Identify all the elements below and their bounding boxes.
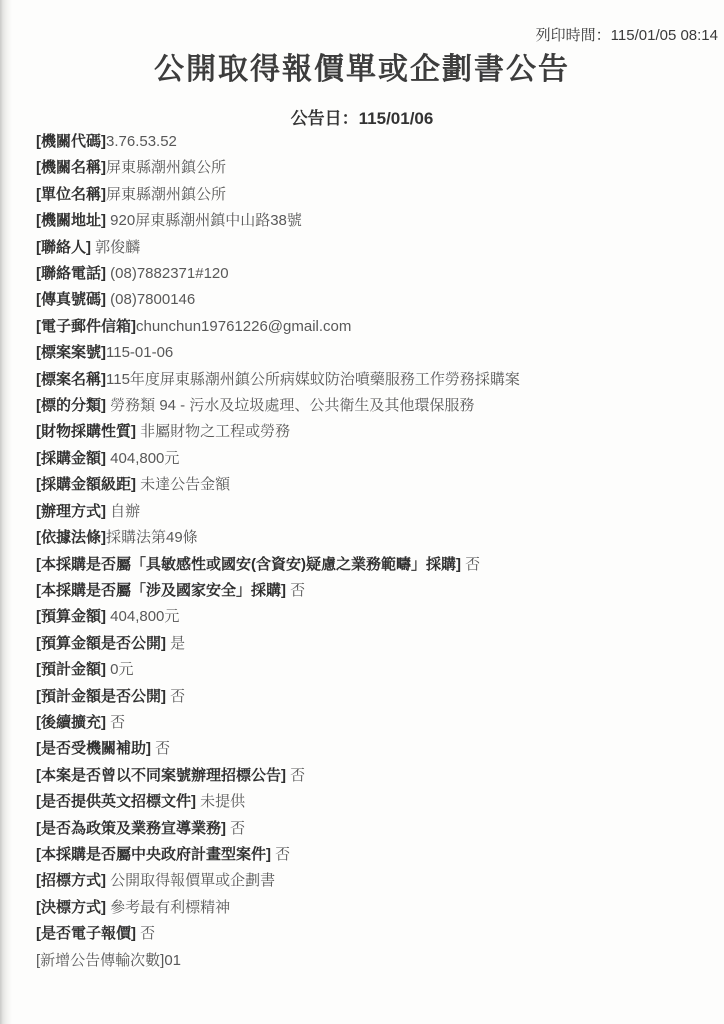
field-value: 屏東縣潮州鎮公所 xyxy=(106,159,226,176)
field-value: 01 xyxy=(164,952,181,969)
field-value: 郭俊麟 xyxy=(91,239,140,256)
field-list: [機關代碼]3.76.53.52[機關名稱]屏東縣潮州鎮公所[單位名稱]屏東縣潮… xyxy=(36,129,702,974)
field-label: [是否電子報價] xyxy=(36,925,136,942)
announce-date: 公告日：115/01/06 xyxy=(0,104,724,129)
field-label: [預算金額] xyxy=(36,608,106,625)
field-value: 未達公告金額 xyxy=(136,476,230,493)
field-value: 否 xyxy=(226,820,245,837)
field-row: [傳真號碼] (08)7800146 xyxy=(36,287,702,313)
field-value: 採購法第49條 xyxy=(106,529,198,546)
field-value: 404,800元 xyxy=(106,608,179,625)
field-row: [是否受機關補助] 否 xyxy=(36,736,702,762)
field-value: 否 xyxy=(166,688,185,705)
field-row: [機關地址] 920屏東縣潮州鎮中山路38號 xyxy=(36,208,702,234)
field-row: [採購金額級距] 未達公告金額 xyxy=(36,472,702,498)
field-value: 否 xyxy=(286,767,305,784)
field-label: [招標方式] xyxy=(36,872,106,889)
field-label: [本採購是否屬「涉及國家安全」採購] xyxy=(36,582,286,599)
field-value: (08)7882371#120 xyxy=(106,265,229,282)
field-label: [本案是否曾以不同案號辦理招標公告] xyxy=(36,767,286,784)
field-value: 115-01-06 xyxy=(106,344,173,361)
field-row: [後續擴充] 否 xyxy=(36,710,702,736)
field-label: [後續擴充] xyxy=(36,714,106,731)
field-value: 參考最有利標精神 xyxy=(106,899,230,916)
field-row: [財物採購性質] 非屬財物之工程或勞務 xyxy=(36,419,702,445)
field-value: 否 xyxy=(461,556,480,573)
page-title: 公開取得報價單或企劃書公告 xyxy=(0,44,724,88)
field-row: [電子郵件信箱]chunchun19761226@gmail.com xyxy=(36,314,702,340)
field-value: 自辦 xyxy=(106,503,140,520)
print-time: 列印時間：115/01/05 08:14 xyxy=(536,24,718,45)
field-value: chunchun19761226@gmail.com xyxy=(136,318,351,335)
field-value: 否 xyxy=(106,714,125,731)
field-value: 115年度屏東縣潮州鎮公所病媒蚊防治噴藥服務工作勞務採購案 xyxy=(106,371,520,388)
field-value: 920屏東縣潮州鎮中山路38號 xyxy=(106,212,302,229)
field-value: 勞務類 94 - 污水及垃圾處理、公共衛生及其他環保服務 xyxy=(106,397,474,414)
field-row: [新增公告傳輸次數]01 xyxy=(36,948,702,974)
field-row: [是否電子報價] 否 xyxy=(36,921,702,947)
field-row: [辦理方式] 自辦 xyxy=(36,499,702,525)
field-label: [標案案號] xyxy=(36,344,106,361)
field-row: [標案名稱]115年度屏東縣潮州鎮公所病媒蚊防治噴藥服務工作勞務採購案 xyxy=(36,367,702,393)
field-label: [傳真號碼] xyxy=(36,291,106,308)
field-label: [標案名稱] xyxy=(36,371,106,388)
field-label: [聯絡電話] xyxy=(36,265,106,282)
field-label: [是否受機關補助] xyxy=(36,740,151,757)
field-value: 3.76.53.52 xyxy=(106,133,177,150)
field-row: [聯絡人] 郭俊麟 xyxy=(36,235,702,261)
field-row: [本採購是否屬中央政府計畫型案件] 否 xyxy=(36,842,702,868)
field-row: [預算金額] 404,800元 xyxy=(36,604,702,630)
field-label: [財物採購性質] xyxy=(36,423,136,440)
field-row: [預算金額是否公開] 是 xyxy=(36,631,702,657)
field-row: [預計金額是否公開] 否 xyxy=(36,684,702,710)
field-value: 屏東縣潮州鎮公所 xyxy=(106,186,226,203)
field-value: 0元 xyxy=(106,661,134,678)
field-label: [機關名稱] xyxy=(36,159,106,176)
field-value: 未提供 xyxy=(196,793,245,810)
field-row: [標案案號]115-01-06 xyxy=(36,340,702,366)
field-row: [決標方式] 參考最有利標精神 xyxy=(36,895,702,921)
field-row: [機關名稱]屏東縣潮州鎮公所 xyxy=(36,155,702,181)
field-label: [機關代碼] xyxy=(36,133,106,150)
field-row: [本採購是否屬「具敏感性或國安(含資安)疑慮之業務範疇」採購] 否 xyxy=(36,552,702,578)
field-label: [單位名稱] xyxy=(36,186,106,203)
field-row: [採購金額] 404,800元 xyxy=(36,446,702,472)
field-label: [採購金額] xyxy=(36,450,106,467)
field-row: [機關代碼]3.76.53.52 xyxy=(36,129,702,155)
field-label: [是否提供英文招標文件] xyxy=(36,793,196,810)
field-label: [標的分類] xyxy=(36,397,106,414)
field-value: 是 xyxy=(166,635,185,652)
field-label: [預計金額是否公開] xyxy=(36,688,166,705)
field-row: [招標方式] 公開取得報價單或企劃書 xyxy=(36,868,702,894)
document-page: 列印時間：115/01/05 08:14 公開取得報價單或企劃書公告 公告日：1… xyxy=(0,0,724,1024)
field-label: [電子郵件信箱] xyxy=(36,318,136,335)
field-row: [單位名稱]屏東縣潮州鎮公所 xyxy=(36,182,702,208)
field-value: 公開取得報價單或企劃書 xyxy=(106,872,275,889)
field-label: [機關地址] xyxy=(36,212,106,229)
field-row: [本採購是否屬「涉及國家安全」採購] 否 xyxy=(36,578,702,604)
field-row: [本案是否曾以不同案號辦理招標公告] 否 xyxy=(36,763,702,789)
field-label: [依據法條] xyxy=(36,529,106,546)
field-value: 否 xyxy=(286,582,305,599)
field-label: [本採購是否屬中央政府計畫型案件] xyxy=(36,846,271,863)
field-row: [預計金額] 0元 xyxy=(36,657,702,683)
field-value: 否 xyxy=(136,925,155,942)
field-label: [採購金額級距] xyxy=(36,476,136,493)
field-row: [標的分類] 勞務類 94 - 污水及垃圾處理、公共衛生及其他環保服務 xyxy=(36,393,702,419)
field-label: [聯絡人] xyxy=(36,239,91,256)
field-label: [預算金額是否公開] xyxy=(36,635,166,652)
field-label: [新增公告傳輸次數] xyxy=(36,952,164,969)
field-row: [是否提供英文招標文件] 未提供 xyxy=(36,789,702,815)
field-value: (08)7800146 xyxy=(106,291,195,308)
field-label: [本採購是否屬「具敏感性或國安(含資安)疑慮之業務範疇」採購] xyxy=(36,556,461,573)
field-label: [辦理方式] xyxy=(36,503,106,520)
field-value: 否 xyxy=(271,846,290,863)
field-value: 否 xyxy=(151,740,170,757)
scan-edge-shadow xyxy=(0,0,12,1024)
field-value: 非屬財物之工程或勞務 xyxy=(136,423,290,440)
field-label: [預計金額] xyxy=(36,661,106,678)
field-row: [聯絡電話] (08)7882371#120 xyxy=(36,261,702,287)
field-row: [依據法條]採購法第49條 xyxy=(36,525,702,551)
field-label: [是否為政策及業務宣導業務] xyxy=(36,820,226,837)
field-label: [決標方式] xyxy=(36,899,106,916)
field-row: [是否為政策及業務宣導業務] 否 xyxy=(36,816,702,842)
field-value: 404,800元 xyxy=(106,450,179,467)
